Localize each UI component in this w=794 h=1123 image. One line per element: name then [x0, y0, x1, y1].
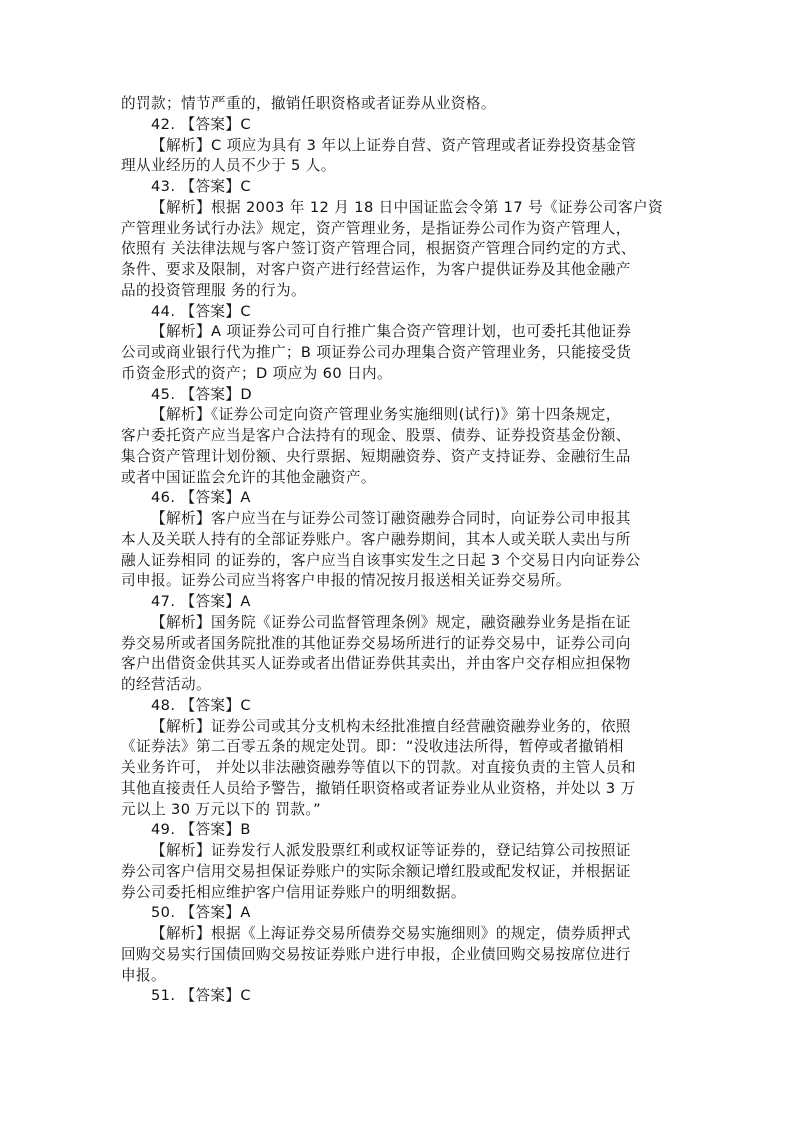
paragraph-line: 本人及关联人持有的全部证券账户。客户融券期间，其本人或关联人卖出与所	[121, 530, 669, 551]
answer-line: 46. 【答案】A	[121, 488, 669, 509]
paragraph-line: 【解析】国务院《证券公司监督管理条例》规定，融资融券业务是指在证	[121, 613, 669, 634]
paragraph-line: 元以上 30 万元以下的 罚款。”	[121, 800, 669, 821]
explanation-paragraph: 【解析】C 项应为具有 3 年以上证券自营、资产管理或者证券投资基金管理从业经历…	[121, 136, 669, 178]
answer-line: 49. 【答案】B	[121, 820, 669, 841]
paragraph-line: 条件、要求及限制，对客户资产进行经营运作，为客户提供证券及其他金融产	[121, 260, 669, 281]
paragraph-line: 的经营活动。	[121, 675, 669, 696]
paragraph-line: 或者中国证监会允许的其他金融资产。	[121, 468, 669, 489]
paragraph-line: 《证券法》第二百零五条的规定处罚。即：“没收违法所得，暂停或者撤销相	[121, 737, 669, 758]
paragraph-line: 客户出借资金供其买人证券或者出借证券供其卖出，并由客户交存相应担保物	[121, 654, 669, 675]
paragraph-line: 回购交易实行国债回购交易按证券账户进行申报，企业债回购交易按席位进行	[121, 945, 669, 966]
paragraph-line: 券公司委托相应维护客户信用证券账户的明细数据。	[121, 883, 669, 904]
explanation-paragraph: 【解析】国务院《证券公司监督管理条例》规定，融资融券业务是指在证券交易所或者国务…	[121, 613, 669, 696]
explanation-paragraph: 【解析】证券发行人派发股票红利或权证等证券的，登记结算公司按照证券公司客户信用交…	[121, 841, 669, 903]
answer-line: 42. 【答案】C	[121, 115, 669, 136]
paragraph-line: 申报。	[121, 966, 669, 987]
explanation-paragraph: 【解析】客户应当在与证券公司签订融资融券合同时，向证券公司申报其本人及关联人持有…	[121, 509, 669, 592]
paragraph-line: 的罚款；情节严重的，撤销任职资格或者证券从业资格。	[121, 94, 669, 115]
continued-paragraph: 的罚款；情节严重的，撤销任职资格或者证券从业资格。	[121, 94, 669, 115]
paragraph-line: 产管理业务试行办法》规定，资产管理业务，是指证券公司作为资产管理人，	[121, 219, 669, 240]
explanation-paragraph: 【解析】证券公司或其分支机构未经批准擅自经营融资融券业务的，依照《证券法》第二百…	[121, 717, 669, 821]
paragraph-line: 融人证券相同 的证券的，客户应当自该事实发生之日起 3 个交易日内向证券公	[121, 551, 669, 572]
paragraph-line: 公司或商业银行代为推广；B 项证券公司办理集合资产管理业务，只能接受货	[121, 343, 669, 364]
answer-line: 51. 【答案】C	[121, 986, 669, 1007]
answer-line: 48. 【答案】C	[121, 696, 669, 717]
answer-line: 50. 【答案】A	[121, 903, 669, 924]
explanation-paragraph: 【解析】根据《上海证券交易所债券交易实施细则》的规定，债券质押式回购交易实行国债…	[121, 924, 669, 986]
paragraph-line: 【解析】根据 2003 年 12 月 18 日中国证监会令第 17 号《证券公司…	[121, 198, 669, 219]
paragraph-line: 券交易所或者国务院批准的其他证券交易场所进行的证券交易中，证券公司向	[121, 634, 669, 655]
paragraph-line: 集合资产管理计划份额、央行票据、短期融资券、资产支持证券、金融衍生品	[121, 447, 669, 468]
paragraph-line: 【解析】客户应当在与证券公司签订融资融券合同时，向证券公司申报其	[121, 509, 669, 530]
paragraph-line: 币资金形式的资产；D 项应为 60 日内。	[121, 364, 669, 385]
paragraph-line: 【解析】A 项证券公司可自行推广集合资产管理计划，也可委托其他证券	[121, 322, 669, 343]
paragraph-line: 【解析】根据《上海证券交易所债券交易实施细则》的规定，债券质押式	[121, 924, 669, 945]
paragraph-line: 券公司客户信用交易担保证券账户的实际余额记增红股或配发权证，并根据证	[121, 862, 669, 883]
paragraph-line: 关业务许可， 并处以非法融资融券等值以下的罚款。对直接负责的主管人员和	[121, 758, 669, 779]
paragraph-line: 其他直接责任人员给予警告，撤销任职资格或者证券业从业资格，并处以 3 万	[121, 779, 669, 800]
paragraph-line: 品的投资管理服 务的行为。	[121, 281, 669, 302]
paragraph-line: 依照有 关法律法规与客户签订资产管理合同，根据资产管理合同约定的方式、	[121, 239, 669, 260]
paragraph-line: 理从业经历的人员不少于 5 人。	[121, 156, 669, 177]
explanation-paragraph: 【解析】A 项证券公司可自行推广集合资产管理计划，也可委托其他证券公司或商业银行…	[121, 322, 669, 384]
paragraph-line: 【解析】证券发行人派发股票红利或权证等证券的，登记结算公司按照证	[121, 841, 669, 862]
paragraph-line: 【解析】《证券公司定向资产管理业务实施细则(试行)》第十四条规定，	[121, 405, 669, 426]
document-page: 的罚款；情节严重的，撤销任职资格或者证券从业资格。42. 【答案】C【解析】C …	[121, 94, 669, 1007]
explanation-paragraph: 【解析】《证券公司定向资产管理业务实施细则(试行)》第十四条规定，客户委托资产应…	[121, 405, 669, 488]
paragraph-line: 客户委托资产应当是客户合法持有的现金、股票、债券、证券投资基金份额、	[121, 426, 669, 447]
explanation-paragraph: 【解析】根据 2003 年 12 月 18 日中国证监会令第 17 号《证券公司…	[121, 198, 669, 302]
answer-line: 47. 【答案】A	[121, 592, 669, 613]
answer-line: 43. 【答案】C	[121, 177, 669, 198]
paragraph-line: 【解析】证券公司或其分支机构未经批准擅自经营融资融券业务的，依照	[121, 717, 669, 738]
paragraph-line: 司申报。证券公司应当将客户申报的情况按月报送相关证券交易所。	[121, 571, 669, 592]
answer-line: 45. 【答案】D	[121, 385, 669, 406]
answer-line: 44. 【答案】C	[121, 302, 669, 323]
paragraph-line: 【解析】C 项应为具有 3 年以上证券自营、资产管理或者证券投资基金管	[121, 136, 669, 157]
